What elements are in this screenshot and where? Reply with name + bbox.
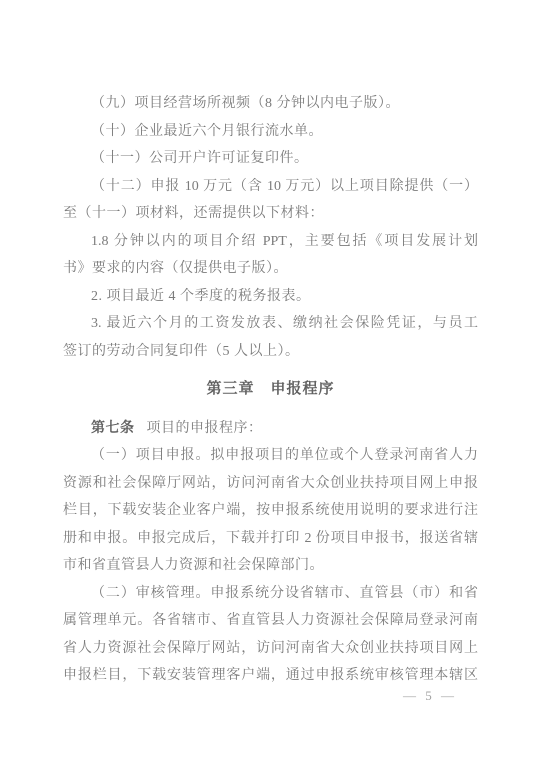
text-line: 属管理单元。各省辖市、省直管县人力资源社会保障局登录河南 xyxy=(63,607,478,635)
text-line: 签订的劳动合同复印件（5 人以上）。 xyxy=(63,338,478,366)
text-line: 栏目，下载安装企业客户端，按申报系统使用说明的要求进行注 xyxy=(63,497,478,525)
article-number: 第七条 xyxy=(91,421,135,436)
text-line: （十一）公司开户许可证复印件。 xyxy=(63,145,478,173)
text-line: 册和申报。申报完成后，下载并打印 2 份项目申报书，报送省辖 xyxy=(63,525,478,553)
text-line: （十二）申报 10 万元（含 10 万元）以上项目除提供（一） xyxy=(63,173,478,201)
text-line: 资源和社会保障厅网站，访问河南省大众创业扶持项目网上申报 xyxy=(63,470,478,498)
document-page: （九）项目经营场所视频（8 分钟以内电子版）。 （十）企业最近六个月银行流水单。… xyxy=(0,0,542,768)
text-line: 省人力资源社会保障厅网站，访问河南省大众创业扶持项目网上 xyxy=(63,635,478,663)
text-line: 至（十一）项材料，还需提供以下材料： xyxy=(63,200,478,228)
document-text-block: （九）项目经营场所视频（8 分钟以内电子版）。 （十）企业最近六个月银行流水单。… xyxy=(63,90,478,690)
text-line: （九）项目经营场所视频（8 分钟以内电子版）。 xyxy=(63,90,478,118)
text-line: 市和省直管县人力资源和社会保障部门。 xyxy=(63,552,478,580)
text-line: 2. 项目最近 4 个季度的税务报表。 xyxy=(63,283,478,311)
text-line: （二）审核管理。申报系统分设省辖市、直管县（市）和省 xyxy=(63,580,478,608)
article-line: 第七条项目的申报程序： xyxy=(63,415,478,443)
page-number: — 5 — xyxy=(403,688,457,704)
chapter-heading: 第三章 申报程序 xyxy=(63,376,478,404)
text-line: 1.8 分钟以内的项目介绍 PPT，主要包括《项目发展计划 xyxy=(63,228,478,256)
text-line: 3. 最近六个月的工资发放表、缴纳社会保险凭证，与员工 xyxy=(63,310,478,338)
text-line: （十）企业最近六个月银行流水单。 xyxy=(63,118,478,146)
text-line: 申报栏目，下载安装管理客户端，通过申报系统审核管理本辖区 xyxy=(63,662,478,690)
text-line: 书》要求的内容（仅提供电子版）。 xyxy=(63,255,478,283)
text-line: （一）项目申报。拟申报项目的单位或个人登录河南省人力 xyxy=(63,442,478,470)
article-title: 项目的申报程序： xyxy=(147,421,263,436)
